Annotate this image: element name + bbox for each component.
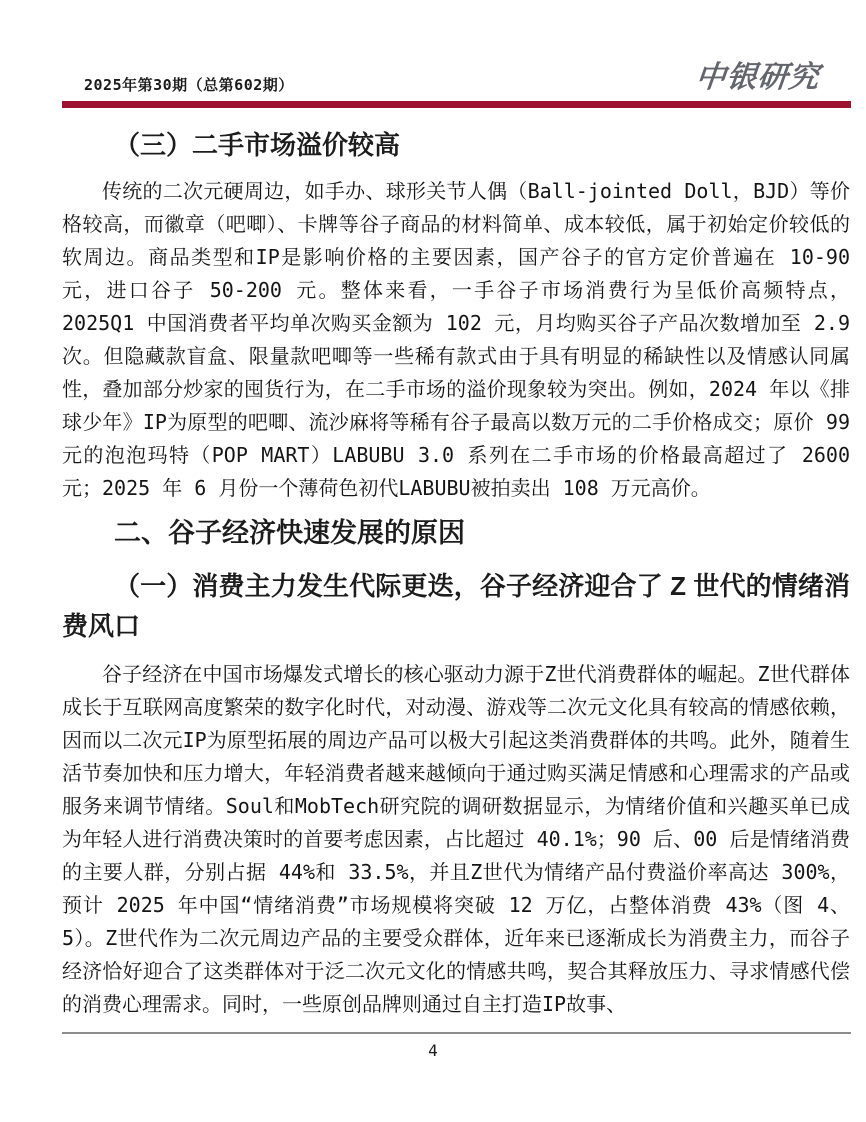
chapter-2-heading: 二、谷子经济快速发展的原因 [62, 515, 850, 551]
issue-info: 2025年第30期（总第602期） [84, 74, 294, 95]
page-number: 4 [0, 1041, 866, 1060]
paragraph-gen-z-drivers: 谷子经济在中国市场爆发式增长的核心驱动力源于Z世代消费群体的崛起。Z世代群体成长… [62, 658, 850, 1021]
zhongyin-yanjiu-logo: 中银研究 [694, 52, 823, 96]
subsection-1-heading: （一）消费主力发生代际更迭，谷子经济迎合了 Z 世代的情绪消费风口 [62, 566, 850, 646]
section-3-heading: （三）二手市场溢价较高 [62, 128, 850, 162]
paragraph-secondhand-premium: 传统的二次元硬周边，如手办、球形关节人偶（Ball-jointed Doll，B… [62, 175, 850, 505]
document-page: 2025年第30期（总第602期） 中银研究 （三）二手市场溢价较高 传统的二次… [0, 0, 866, 1122]
header-rule [62, 101, 851, 108]
footer-rule [62, 1032, 851, 1034]
document-body: （三）二手市场溢价较高 传统的二次元硬周边，如手办、球形关节人偶（Ball-jo… [62, 120, 850, 1021]
